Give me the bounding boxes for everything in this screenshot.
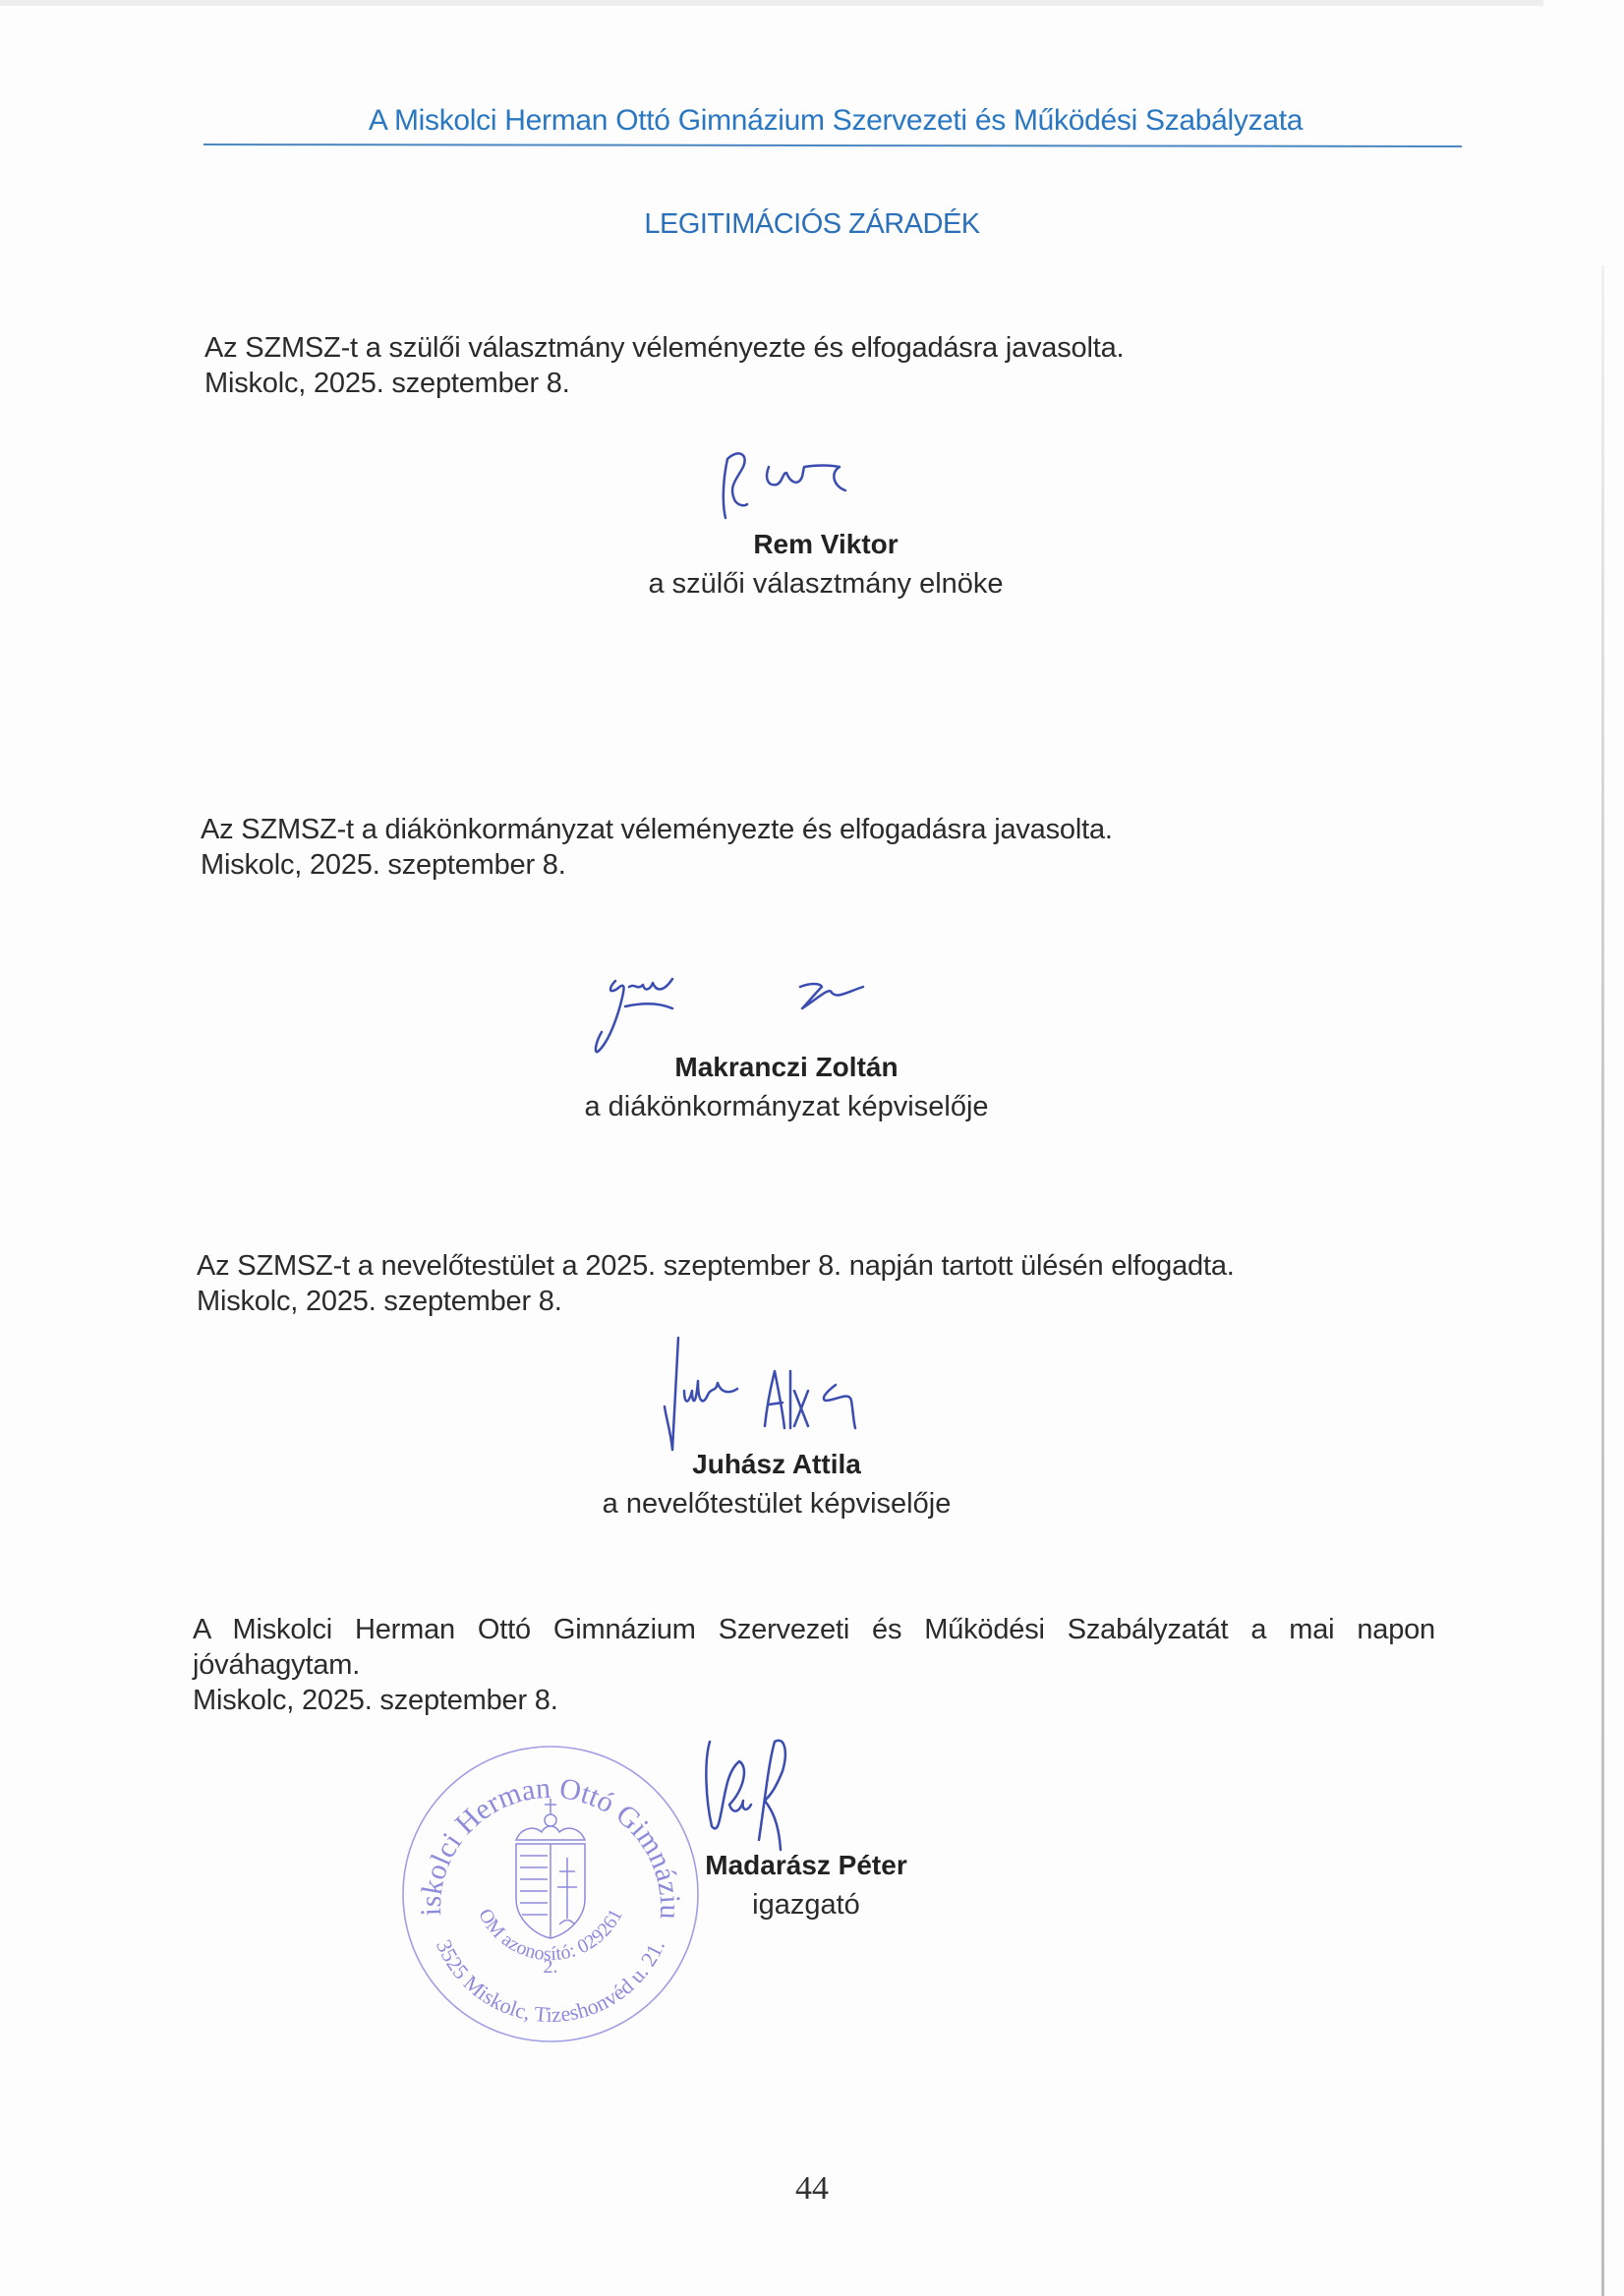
section-principal-approval: A Miskolci Herman Ottó Gimnázium Szervez…: [193, 1612, 1435, 1718]
coat-of-arms-icon: [516, 1799, 585, 1938]
place-date: Miskolc, 2025. szeptember 8.: [204, 366, 1124, 401]
statement-text: A Miskolci Herman Ottó Gimnázium Szervez…: [193, 1612, 1435, 1647]
svg-text:2.: 2.: [544, 1956, 558, 1978]
place-date: Miskolc, 2025. szeptember 8.: [197, 1284, 1235, 1319]
page-number: 44: [0, 2170, 1624, 2208]
scan-page-edge: [1601, 265, 1604, 2296]
clause-title: LEGITIMÁCIÓS ZÁRADÉK: [0, 208, 1624, 241]
signature-juhasz-attila-icon: [659, 1332, 1013, 1460]
signatory-role: a szülői választmány elnöke: [551, 564, 1101, 603]
signatory-name: Madarász Péter: [688, 1846, 924, 1885]
statement-text: Az SZMSZ-t a szülői választmány vélemény…: [204, 330, 1124, 366]
place-date: Miskolc, 2025. szeptember 8.: [193, 1683, 1435, 1718]
official-school-stamp-icon: Miskolci Herman Ottó Gimnázium 3525 Misk…: [398, 1742, 703, 2046]
signatory-role: a diákönkormányzat képviselője: [511, 1087, 1062, 1126]
signatory-name: Rem Viktor: [551, 525, 1101, 564]
section-parents-statement: Az SZMSZ-t a szülői választmány vélemény…: [204, 330, 1124, 401]
signatory-juhasz-attila: Juhász Attila a nevelőtestület képviselő…: [501, 1445, 1052, 1523]
document-header-title: A Miskolci Herman Ottó Gimnázium Szervez…: [197, 104, 1475, 138]
signature-rem-viktor-icon: [708, 447, 963, 526]
section-teaching-staff-statement: Az SZMSZ-t a nevelőtestület a 2025. szep…: [197, 1248, 1235, 1319]
signatory-role: a nevelőtestület képviselője: [501, 1484, 1052, 1523]
place-date: Miskolc, 2025. szeptember 8.: [201, 847, 1113, 883]
header-divider: [203, 143, 1462, 147]
signature-madarasz-peter-icon: [700, 1732, 838, 1860]
section-student-council-statement: Az SZMSZ-t a diákönkormányzat véleményez…: [201, 812, 1113, 883]
signatory-madarasz-peter: Madarász Péter igazgató: [688, 1846, 924, 1924]
statement-text: Az SZMSZ-t a diákönkormányzat véleményez…: [201, 812, 1113, 847]
signatory-name: Juhász Attila: [501, 1445, 1052, 1484]
scan-top-edge: [0, 0, 1543, 6]
statement-text-continued: jóváhagytam.: [193, 1647, 1435, 1683]
signatory-makranczi-zoltan: Makranczi Zoltán a diákönkormányzat képv…: [511, 1048, 1062, 1126]
statement-text: Az SZMSZ-t a nevelőtestület a 2025. szep…: [197, 1248, 1235, 1284]
signatory-role: igazgató: [688, 1885, 924, 1924]
signatory-name: Makranczi Zoltán: [511, 1048, 1062, 1087]
signatory-rem-viktor: Rem Viktor a szülői választmány elnöke: [551, 525, 1101, 603]
